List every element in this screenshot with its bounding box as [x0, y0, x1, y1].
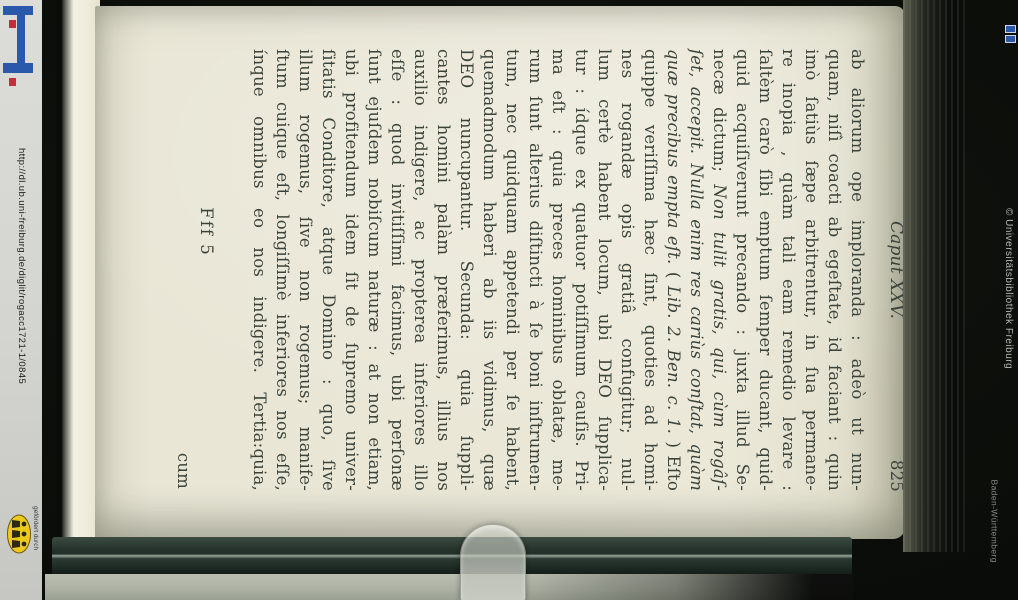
- text-line: eſſe : quod invitiſſimi facimus, ubi per…: [386, 48, 409, 492]
- text-line: ma eſt : quia preces hominibus oblatæ, m…: [547, 48, 570, 492]
- logo-red-square-2: [9, 78, 16, 86]
- page-lines: ab aliorum ope imploranda : adeò ut nun-…: [248, 48, 869, 492]
- text-line: ſet, accepit. Nulla enim res cariùs conſ…: [685, 48, 708, 492]
- text-line: ſtum cuique eſt, longiſſimè inferiores n…: [271, 48, 294, 492]
- text-line: quid acquiſiverunt precando : juxta illu…: [731, 48, 754, 492]
- page-holder-clasp: [460, 524, 526, 600]
- text-line: cantes homini palàm præferimus, illius n…: [432, 48, 455, 492]
- logo-red-square-1: [9, 20, 16, 28]
- text-line: quemadmodum haberi ab iis vidimus, quæ: [478, 48, 501, 492]
- text-line: ſunt ejuſdem nobiſcum naturæ : at non et…: [363, 48, 386, 492]
- table-surface: [45, 574, 853, 600]
- text-line: quam, niſì coacti ab egeſtate, id facian…: [823, 48, 846, 492]
- page-stack-edge-left: [56, 0, 100, 544]
- source-url: http://dl.ub.uni-freiburg.de/diglit/roga…: [10, 148, 32, 450]
- page-text-region: Caput XXV. 825 ab aliorum ope imploranda…: [172, 48, 908, 492]
- source-url-text: http://dl.ub.uni-freiburg.de/diglit/roga…: [10, 148, 32, 450]
- text-line: DEO nuncupantur. Secunda: quia ſuppli-: [455, 48, 478, 492]
- text-line: tur : ídque ex quatuor potiſſimum cauſis…: [570, 48, 593, 492]
- copyright-text: © Universitätsbibliothek Freiburg: [1001, 208, 1015, 444]
- funding-logo: [6, 513, 32, 555]
- text-line: re inopia , quàm tali eam remedio levare…: [777, 48, 800, 492]
- text-line: ſaltèm carò ſibi emptum ſemper ducant, q…: [754, 48, 777, 492]
- text-line: ab aliorum ope imploranda : adeò ut nun-: [846, 48, 869, 492]
- text-line: necæ dictum; Non tulit gratis, qui, cùm …: [708, 48, 731, 492]
- three-figures-logo-icon: [6, 513, 32, 555]
- logo-bar-bottom: [3, 63, 33, 73]
- signature-mark: Fff 5: [195, 48, 218, 492]
- mini-logo-bar-1: [1005, 25, 1016, 33]
- text-line: ínque omnibus eo nos indigere. Tertia:qu…: [248, 48, 271, 492]
- region-caption: Baden-Württemberg: [988, 480, 999, 598]
- mini-ub-logo-icon: [1005, 25, 1015, 43]
- mini-logo-bar-2: [1005, 35, 1016, 43]
- funding-label: gefördert durch: [30, 506, 40, 568]
- text-line: quæ precibus empta eſt. ( Lib. 2. Ben. c…: [662, 48, 685, 492]
- text-line: ſitatis Conditore, atque Domino : quo, ſ…: [317, 48, 340, 492]
- text-line: lum certè habent locum, ubi DEO ſupplica…: [593, 48, 616, 492]
- copyright-caption: © Universitätsbibliothek Freiburg: [1001, 208, 1015, 444]
- text-line: illum rogemus, ſive non rogemus; manife-: [294, 48, 317, 492]
- text-line: auxilio indigere, ac propterea inferiore…: [409, 48, 432, 492]
- text-line: ubi profitendum idem ſit de ſupremo univ…: [340, 48, 363, 492]
- logo-bar-top: [3, 6, 33, 15]
- catchword: cum: [172, 48, 195, 492]
- book-bottom-cover-band: [52, 537, 852, 577]
- rotated-page-text: Caput XXV. 825 ab aliorum ope imploranda…: [172, 48, 908, 492]
- text-line: quippe veriſſima hæc ſint, quoties ad ho…: [639, 48, 662, 492]
- digitized-book-viewer: Caput XXV. 825 ab aliorum ope imploranda…: [0, 0, 1018, 600]
- region-text: Baden-Württemberg: [989, 480, 1000, 598]
- text-line: imò ſatiùs ſæpe arbitrentur, in ſua perm…: [800, 48, 823, 492]
- text-line: tum, nec quidquam appetendi per ſe haben…: [501, 48, 524, 492]
- book-page-scan: Caput XXV. 825 ab aliorum ope imploranda…: [95, 6, 905, 539]
- book-right-edge-shadow: [903, 0, 965, 552]
- source-strip: http://dl.ub.uni-freiburg.de/diglit/roga…: [0, 0, 42, 600]
- logo-bar-vertical: [17, 15, 25, 63]
- text-line: rum ſunt alterius diſtincti à ſe boni in…: [524, 48, 547, 492]
- text-line: nes rogandæ opis gratiâ confugitur; nul-: [616, 48, 639, 492]
- funding-label-text: gefördert durch: [30, 506, 40, 568]
